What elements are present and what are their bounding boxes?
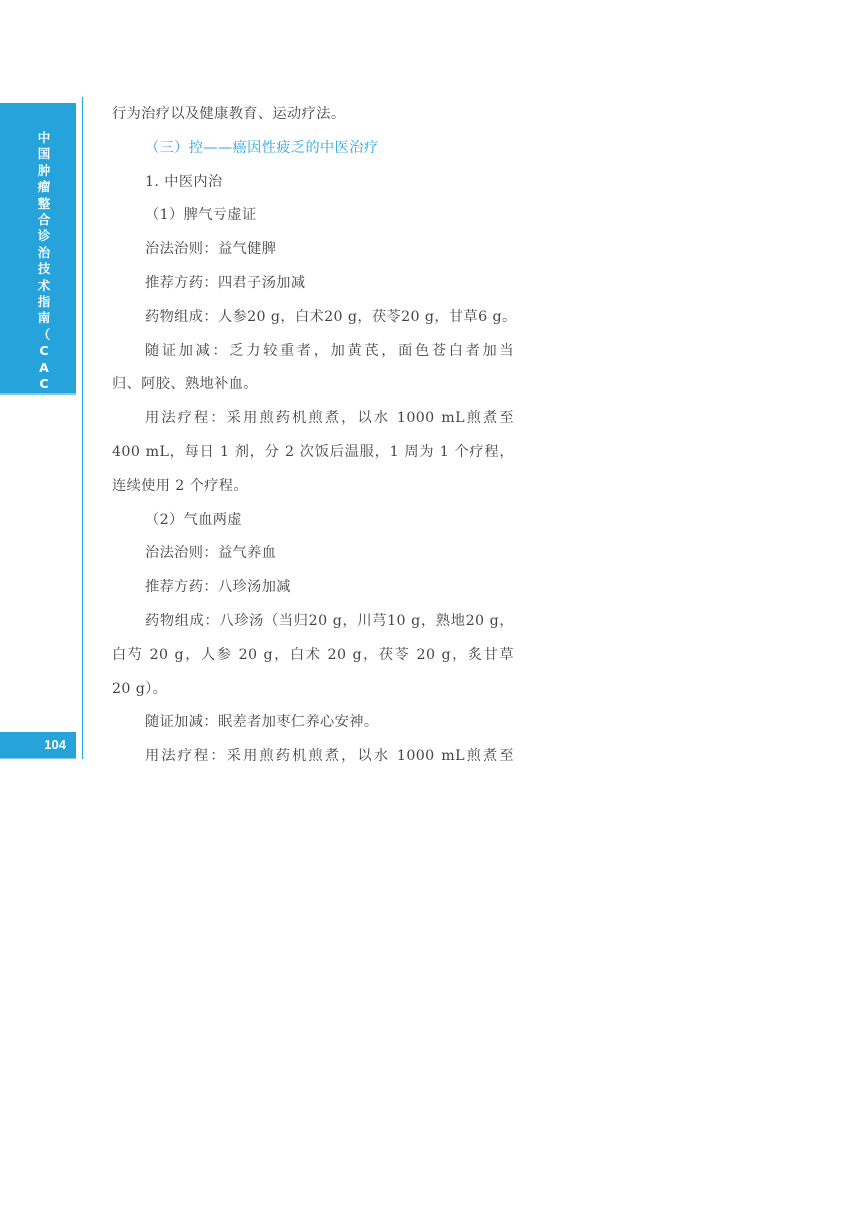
paragraph-line: 用法疗程：采用煎药机煎煮，以水 1000 mL煎煮至 bbox=[112, 402, 514, 436]
paragraph-line: 随证加减：乏力较重者，加黄芪，面色苍白者加当 bbox=[112, 335, 514, 369]
paragraph-line: 用法疗程：采用煎药机煎煮，以水 1000 mL煎煮至 bbox=[112, 740, 514, 774]
page-number-box: 104 bbox=[0, 732, 76, 759]
title-char: A bbox=[36, 360, 52, 376]
title-char: （ bbox=[36, 327, 52, 343]
title-char: C bbox=[36, 343, 52, 359]
page-body: 行为治疗以及健康教育、运动疗法。（三）控——癌因性疲乏的中医治疗1. 中医内治（… bbox=[112, 98, 514, 774]
paragraph-line: 推荐方药：八珍汤加减 bbox=[112, 571, 514, 605]
title-char: ） bbox=[36, 409, 52, 425]
chapter-side-tab: 中 国 肿 瘤 整 合 诊 治 技 术 指 南 （ C A C A ） bbox=[0, 103, 76, 395]
paragraph-line: （1）脾气亏虚证 bbox=[112, 199, 514, 233]
paragraph-line: 行为治疗以及健康教育、运动疗法。 bbox=[112, 98, 514, 132]
title-char: 南 bbox=[36, 310, 52, 326]
title-char: 技 bbox=[36, 261, 52, 277]
paragraph-line: 1. 中医内治 bbox=[112, 166, 514, 200]
title-char: 诊 bbox=[36, 228, 52, 244]
paragraph-line: （2）气血两虚 bbox=[112, 504, 514, 538]
title-char: 中 bbox=[36, 130, 52, 146]
title-char: 瘤 bbox=[36, 179, 52, 195]
paragraph-line: 归、阿胶、熟地补血。 bbox=[112, 368, 514, 402]
title-char: 指 bbox=[36, 294, 52, 310]
title-char: 术 bbox=[36, 278, 52, 294]
paragraph-line: 治法治则：益气健脾 bbox=[112, 233, 514, 267]
title-char: 治 bbox=[36, 245, 52, 261]
book-title-vertical: 中 国 肿 瘤 整 合 诊 治 技 术 指 南 （ C A C A ） bbox=[36, 130, 52, 425]
paragraph-line: 药物组成：人参20 g，白术20 g，茯苓20 g，甘草6 g。 bbox=[112, 301, 514, 335]
section-heading: （三）控——癌因性疲乏的中医治疗 bbox=[112, 132, 514, 166]
paragraph-line: 随证加减：眠差者加枣仁养心安神。 bbox=[112, 706, 514, 740]
paragraph-line: 20 g）。 bbox=[112, 673, 514, 707]
paragraph-line: 治法治则：益气养血 bbox=[112, 537, 514, 571]
title-char: C bbox=[36, 376, 52, 392]
paragraph-line: 推荐方药：四君子汤加减 bbox=[112, 267, 514, 301]
margin-divider-line bbox=[82, 97, 83, 759]
paragraph-line: 药物组成：八珍汤（当归20 g，川芎10 g，熟地20 g， bbox=[112, 605, 514, 639]
paragraph-line: 400 mL，每日 1 剂，分 2 次饭后温服，1 周为 1 个疗程， bbox=[112, 436, 514, 470]
title-char: A bbox=[36, 393, 52, 409]
title-char: 国 bbox=[36, 146, 52, 162]
title-char: 整 bbox=[36, 196, 52, 212]
title-char: 肿 bbox=[36, 163, 52, 179]
page-number: 104 bbox=[44, 737, 66, 752]
paragraph-line: 白芍 20 g，人参 20 g，白术 20 g，茯苓 20 g，炙甘草 bbox=[112, 639, 514, 673]
paragraph-line: 连续使用 2 个疗程。 bbox=[112, 470, 514, 504]
title-char: 合 bbox=[36, 212, 52, 228]
